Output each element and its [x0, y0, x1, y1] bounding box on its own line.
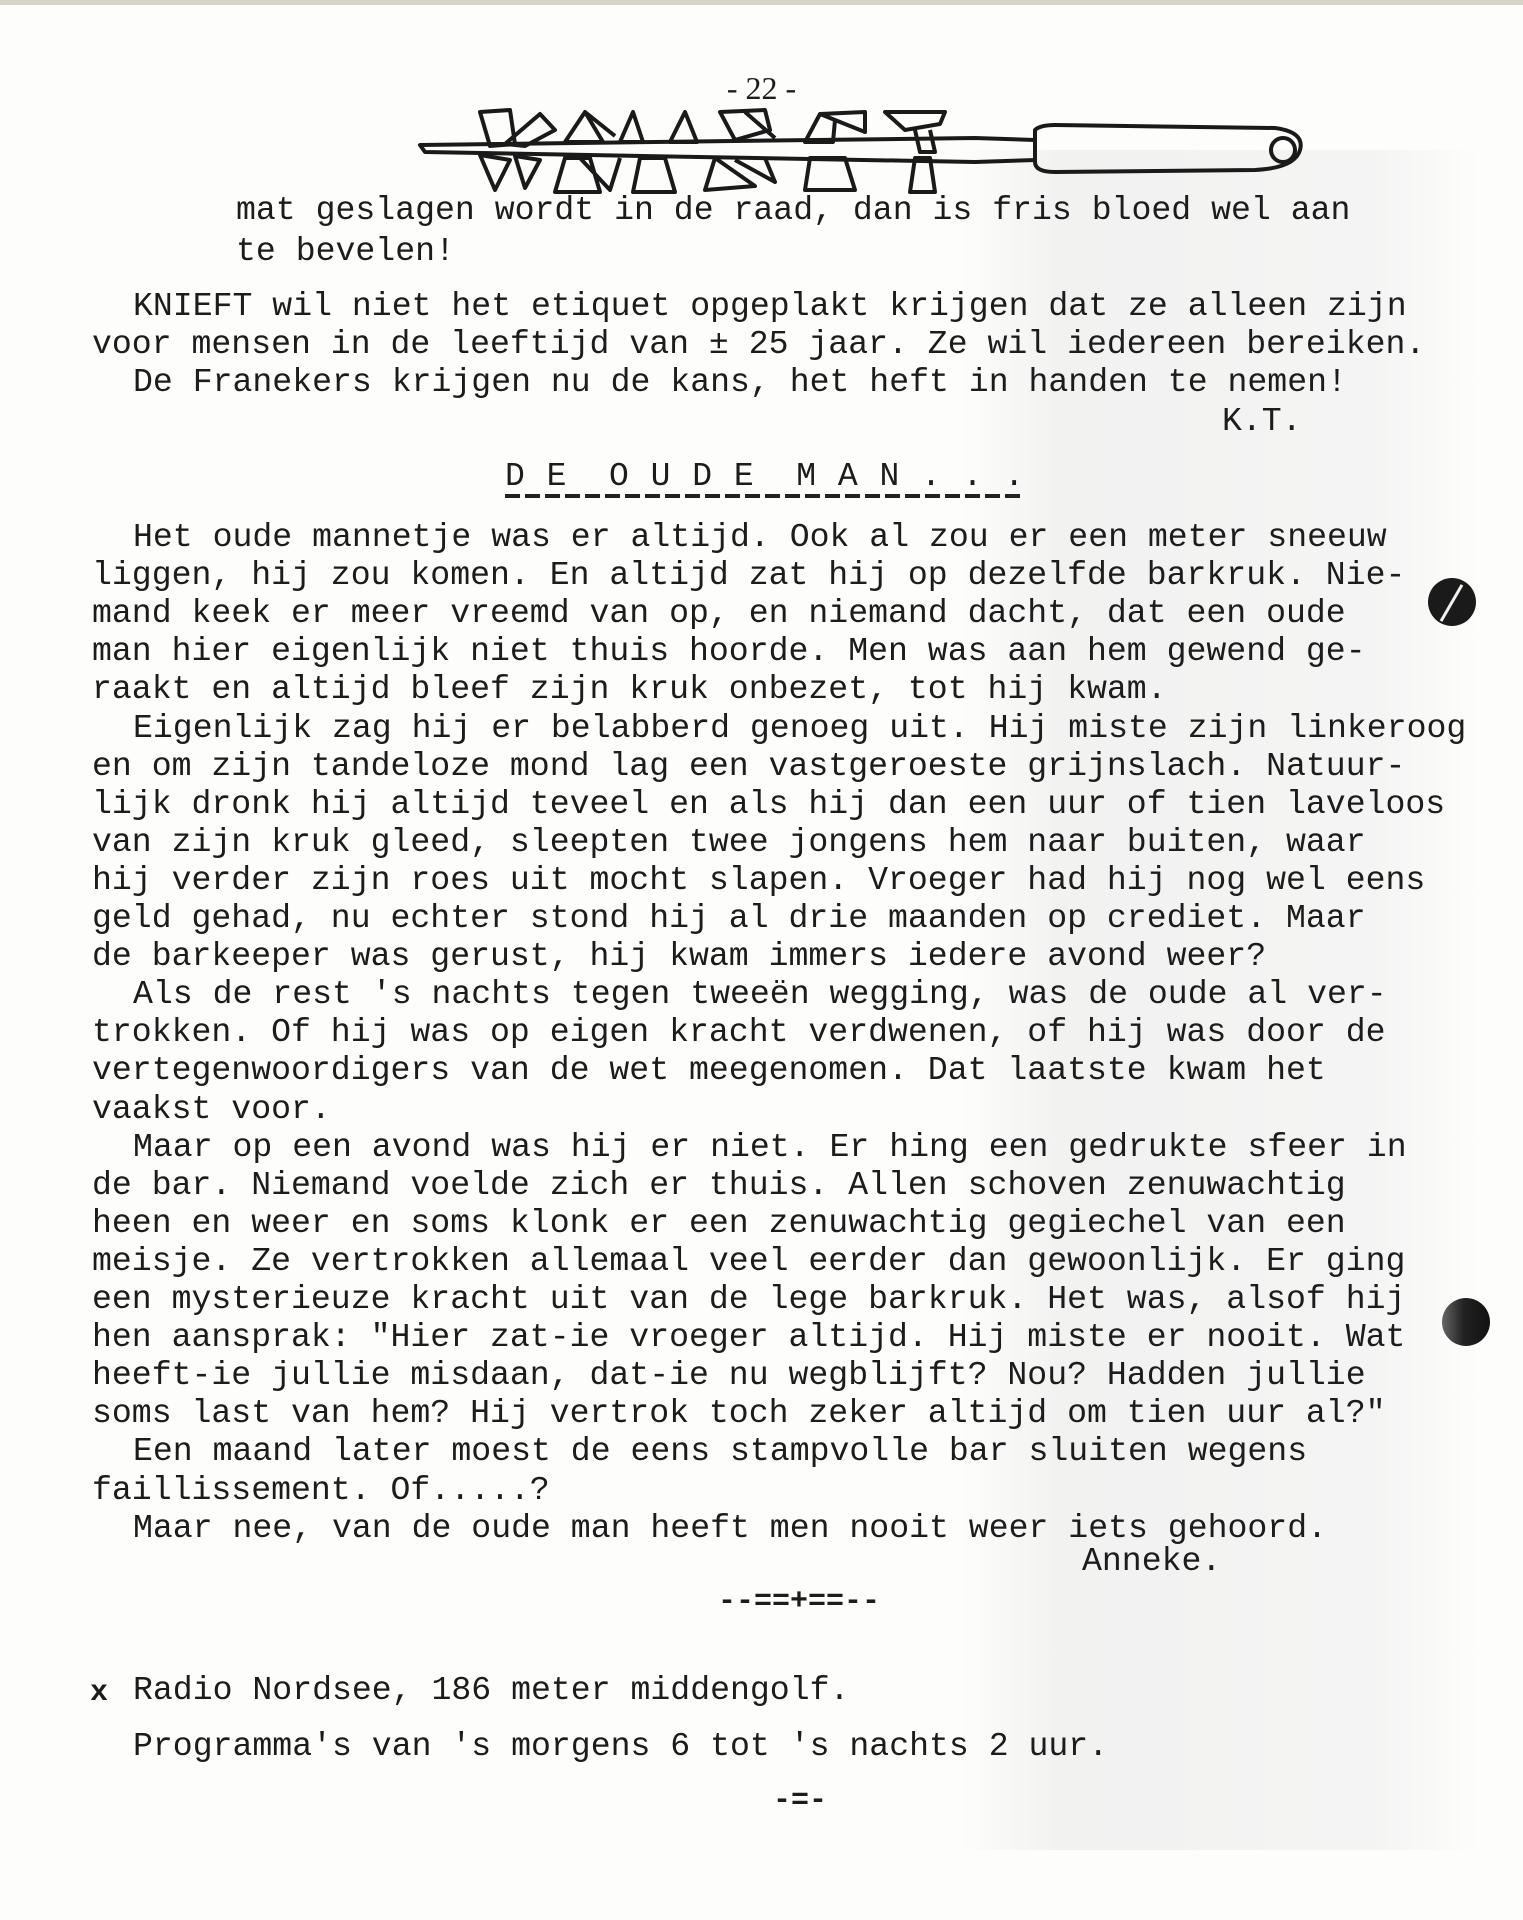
story-line: hij verder zijn roes uit mocht slapen. V… — [92, 862, 1425, 900]
story-line: de barkeeper was gerust, hij kwam immers… — [92, 938, 1266, 976]
story-line: Als de rest 's nachts tegen tweeën weggi… — [133, 976, 1387, 1014]
story-line: Eigenlijk zag hij er belabberd genoeg ui… — [133, 710, 1466, 748]
story-line: en om zijn tandeloze mond lag een vastge… — [92, 748, 1405, 786]
story-line: Het oude mannetje was er altijd. Ook al … — [133, 519, 1387, 557]
story-line: man hier eigenlijk niet thuis hoorde. Me… — [92, 633, 1366, 671]
story-line: een mysterieuze kracht uit van de lege b… — [92, 1281, 1405, 1319]
punch-hole-icon — [1442, 1298, 1490, 1346]
story-line: vertegenwoordigers van de wet meegenomen… — [92, 1052, 1326, 1090]
title-underline — [505, 494, 1023, 498]
story-line: van zijn kruk gleed, sleepten twee jonge… — [92, 824, 1366, 862]
knieft-line: KNIEFT wil niet het etiquet opgeplakt kr… — [133, 288, 1407, 326]
story-line: hen aansprak: "Hier zat-ie vroeger altij… — [92, 1319, 1405, 1357]
story-line: trokken. Of hij was op eigen kracht verd… — [92, 1014, 1386, 1052]
story-line: raakt en altijd bleef zijn kruk onbezet,… — [92, 671, 1167, 709]
story-line: liggen, hij zou komen. En altijd zat hij… — [92, 557, 1405, 595]
story-line: heeft-ie jullie misdaan, dat-ie nu wegbl… — [92, 1357, 1366, 1395]
knife-logo-icon — [415, 100, 1315, 200]
story-line: heen en weer en soms klonk er een zenuwa… — [92, 1205, 1346, 1243]
signature-anneke: Anneke. — [1082, 1543, 1221, 1581]
story-line: faillissement. Of.....? — [92, 1472, 550, 1510]
story-line: Een maand later moest de eens stampvolle… — [133, 1433, 1307, 1471]
knieft-line: De Franekers krijgen nu de kans, het hef… — [133, 364, 1347, 402]
story-line: de bar. Niemand voelde zich er thuis. Al… — [92, 1167, 1346, 1205]
story-line: Maar op een avond was hij er niet. Er hi… — [133, 1129, 1407, 1167]
story-line: soms last van hem? Hij vertrok toch zeke… — [92, 1395, 1386, 1433]
story-line: geld gehad, nu echter stond hij al drie … — [92, 900, 1366, 938]
intro-line: mat geslagen wordt in de raad, dan is fr… — [236, 192, 1350, 230]
radio-line: Radio Nordsee, 186 meter middengolf. — [133, 1672, 849, 1710]
separator: --==+==-- — [718, 1585, 880, 1619]
punch-hole-icon — [1428, 578, 1476, 626]
story-line: Maar nee, van de oude man heeft men nooi… — [133, 1510, 1327, 1548]
story-line: lijk dronk hij altijd teveel en als hij … — [92, 786, 1445, 824]
story-line: vaakst voor. — [92, 1091, 331, 1129]
story-line: mand keek er meer vreemd van op, en niem… — [92, 595, 1346, 633]
knieft-line: voor mensen in de leeftijd van ± 25 jaar… — [92, 326, 1425, 364]
intro-line: te bevelen! — [236, 233, 455, 271]
story-line: meisje. Ze vertrokken allemaal veel eerd… — [92, 1243, 1405, 1281]
radio-schedule-line: Programma's van 's morgens 6 tot 's nach… — [133, 1728, 1108, 1766]
story-title: D E O U D E M A N . . . — [505, 458, 1025, 495]
separator: -=- — [773, 1784, 827, 1818]
signature-kt: K.T. — [1222, 403, 1302, 441]
bullet-marker: x — [90, 1676, 108, 1710]
scan-edge — [0, 0, 1523, 5]
